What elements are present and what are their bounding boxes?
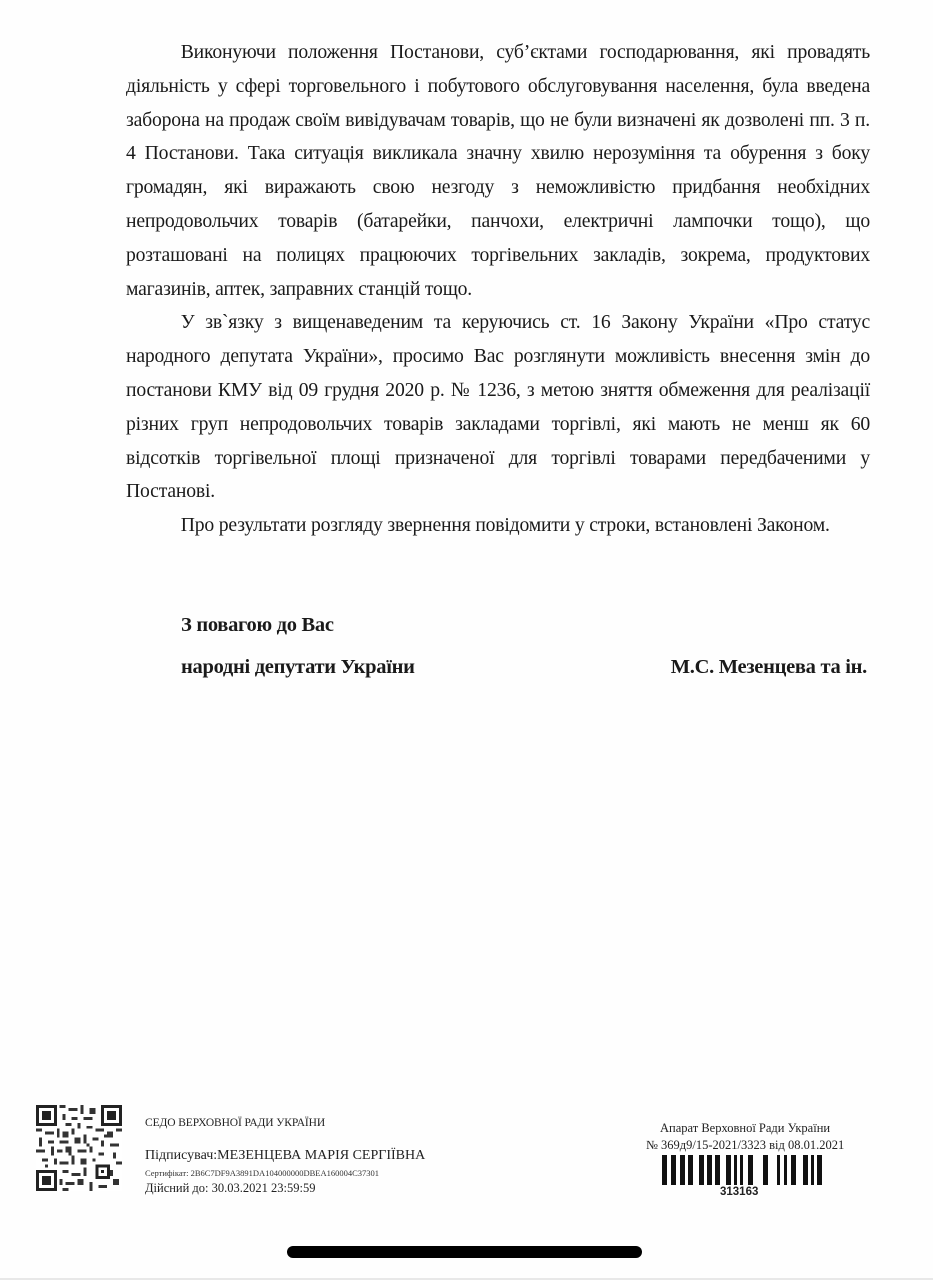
registration-number: № 369д9/15-2021/3323 від 08.01.2021 bbox=[646, 1138, 844, 1153]
qr-code-icon bbox=[36, 1105, 122, 1191]
paragraph-3: Про результати розгляду звернення повідо… bbox=[126, 509, 870, 543]
salutation: З повагою до Вас bbox=[181, 604, 334, 646]
paragraph-1: Виконуючи положення Постанови, суб’єктам… bbox=[126, 36, 870, 306]
signatory-role: народні депутати України bbox=[181, 646, 415, 688]
home-indicator[interactable] bbox=[287, 1246, 642, 1258]
letter-closing: З повагою до Вас народні депутати Україн… bbox=[181, 604, 871, 688]
registration-office: Апарат Верховної Ради України bbox=[660, 1121, 830, 1136]
signatory-name: М.С. Мезенцева та ін. bbox=[671, 646, 871, 688]
letter-body: Виконуючи положення Постанови, суб’єктам… bbox=[126, 36, 870, 543]
certificate-id: Сертифікат: 2B6C7DF9A3891DA104000000DBEA… bbox=[145, 1168, 379, 1178]
document-page: Виконуючи положення Постанови, суб’єктам… bbox=[0, 0, 933, 1280]
signer-name: Підписувач:МЕЗЕНЦЕВА МАРІЯ СЕРГІЇВНА bbox=[145, 1148, 425, 1164]
barcode-number: 313163 bbox=[720, 1186, 758, 1198]
sedo-label: СЕДО ВЕРХОВНОЇ РАДИ УКРАЇНИ bbox=[145, 1117, 325, 1129]
barcode-icon bbox=[662, 1155, 842, 1185]
paragraph-2: У зв`язку з вищенаведеним та керуючись с… bbox=[126, 306, 870, 509]
valid-until: Дійсний до: 30.03.2021 23:59:59 bbox=[145, 1181, 315, 1196]
